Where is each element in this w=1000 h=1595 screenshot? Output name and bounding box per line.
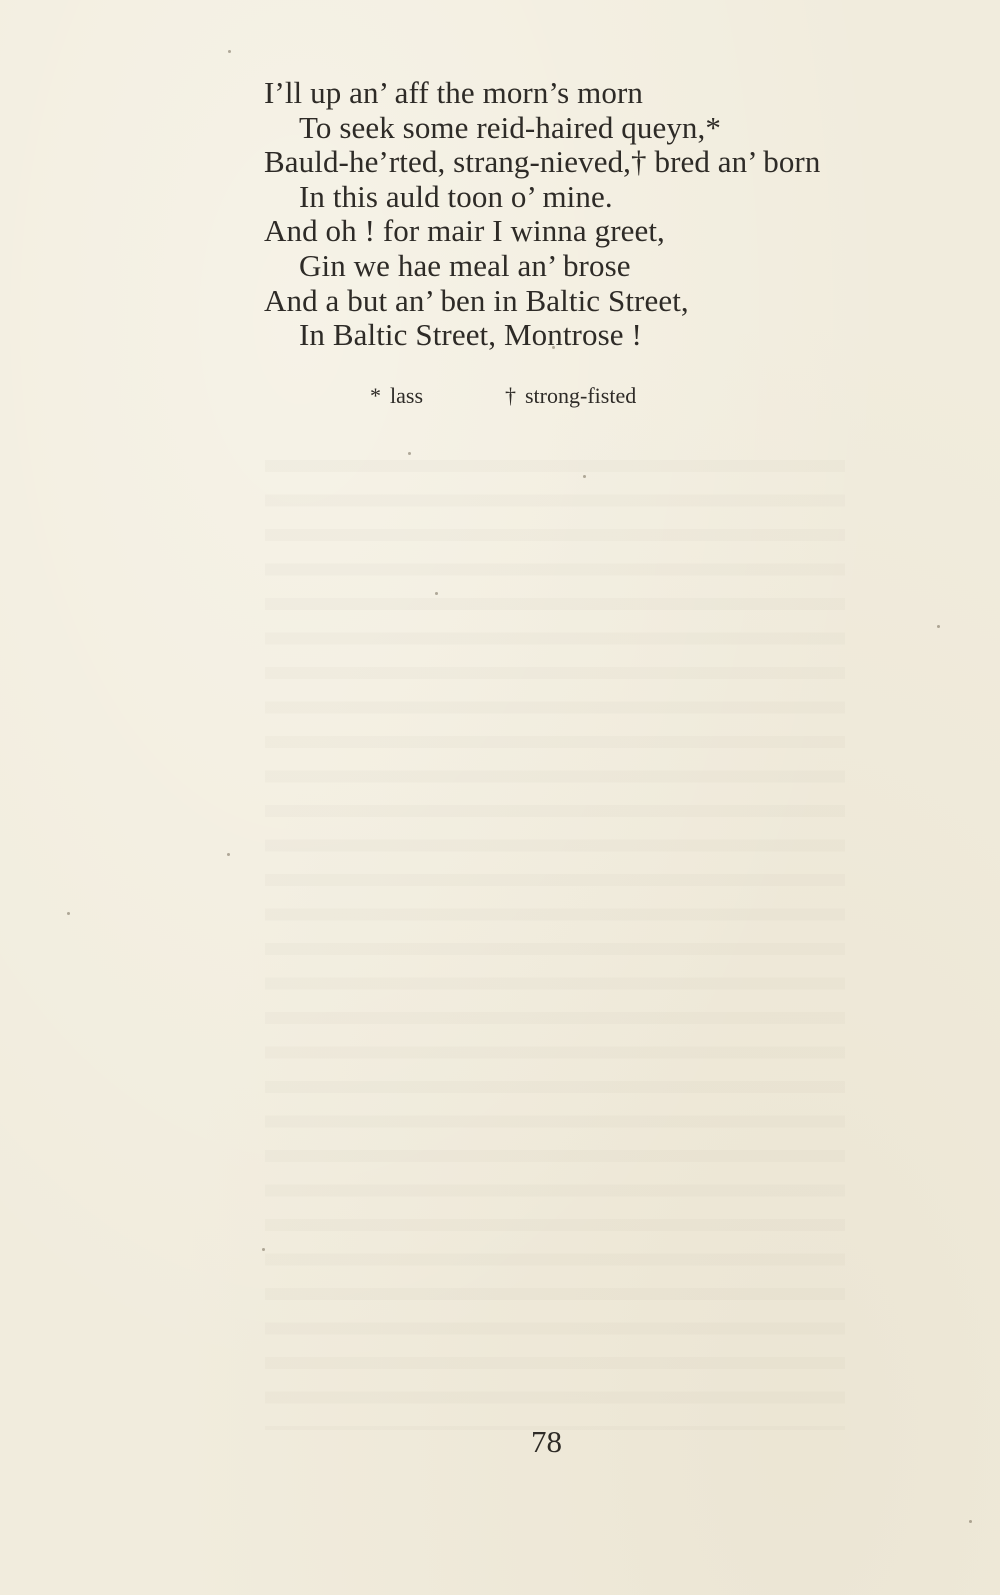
paper-speck bbox=[937, 625, 940, 628]
footnote-strong-fisted: †strong-fisted bbox=[505, 383, 636, 409]
paper-speck bbox=[408, 452, 411, 455]
page-number: 78 bbox=[531, 1424, 562, 1460]
poem-line: I’ll up an’ aff the morn’s morn bbox=[264, 76, 820, 111]
poem-line: And a but an’ ben in Baltic Street, bbox=[264, 284, 820, 319]
paper-speck bbox=[262, 1248, 265, 1251]
book-page: I’ll up an’ aff the morn’s morn To seek … bbox=[0, 0, 1000, 1595]
poem-line: In this auld toon o’ mine. bbox=[264, 180, 820, 215]
poem-line: In Baltic Street, Montrose ! bbox=[264, 318, 820, 353]
paper-speck bbox=[969, 1520, 972, 1523]
paper-speck bbox=[227, 853, 230, 856]
poem-line: And oh ! for mair I winna greet, bbox=[264, 214, 820, 249]
poem-stanza: I’ll up an’ aff the morn’s morn To seek … bbox=[264, 76, 820, 353]
poem-line: To seek some reid-haired queyn,* bbox=[264, 111, 820, 146]
footnote-gloss: lass bbox=[390, 383, 423, 408]
asterisk-mark: * bbox=[370, 383, 381, 408]
paper-speck bbox=[228, 50, 231, 53]
paper-speck bbox=[67, 912, 70, 915]
dagger-mark: † bbox=[505, 383, 516, 408]
paper-speck bbox=[583, 475, 586, 478]
footnote-lass: *lass bbox=[370, 383, 423, 409]
poem-line: Bauld-he’rted, strang-nieved,† bred an’ … bbox=[264, 145, 820, 180]
reverse-side-show-through bbox=[265, 440, 845, 1430]
paper-speck bbox=[435, 592, 438, 595]
footnote-gloss: strong-fisted bbox=[525, 383, 636, 408]
footnotes: *lass †strong-fisted bbox=[370, 383, 636, 409]
poem-line: Gin we hae meal an’ brose bbox=[264, 249, 820, 284]
